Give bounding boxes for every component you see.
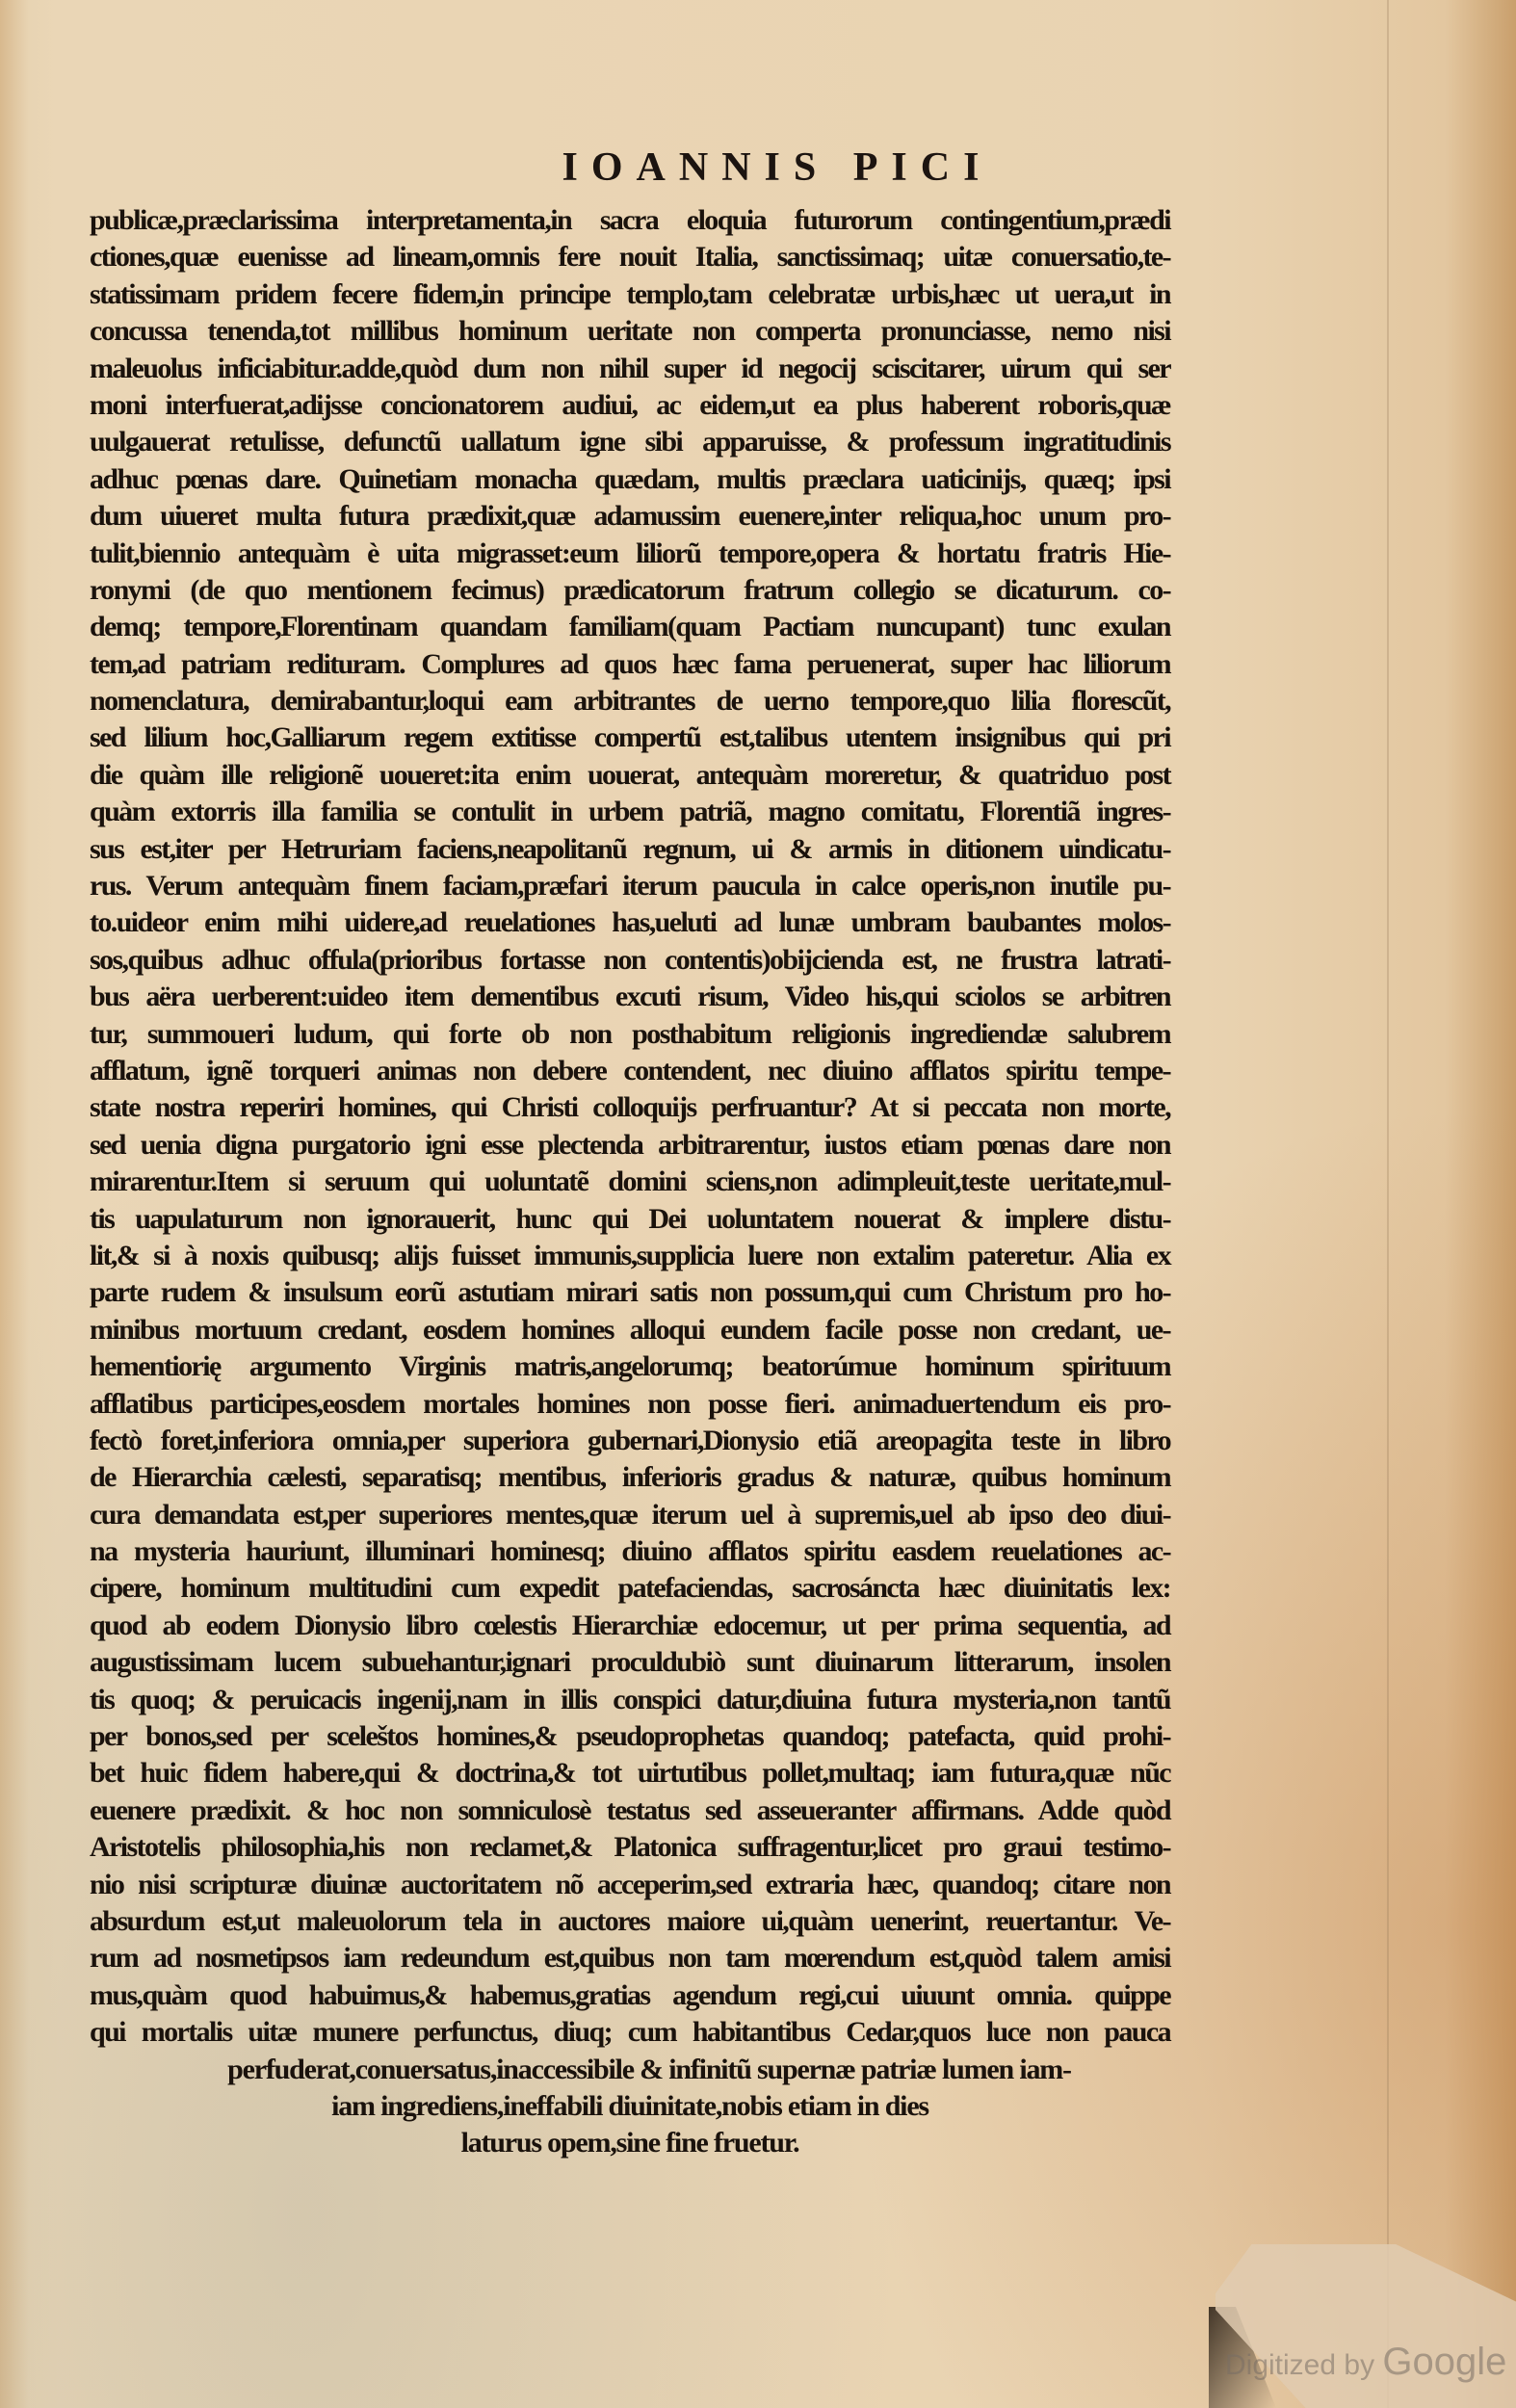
- text-line: maleuolus inficiabitur.adde,quòd dum non…: [90, 351, 1170, 387]
- text-line: afflatum, ignẽ torqueri animas non deber…: [90, 1053, 1170, 1089]
- running-head-text: IOANNIS PICI: [562, 144, 993, 191]
- text-line: na mysteria hauriunt, illuminari homines…: [90, 1533, 1170, 1570]
- text-line: cipere, hominum multitudini cum expedit …: [90, 1570, 1170, 1607]
- text-line: tem,ad patriam redituram. Complures ad q…: [90, 646, 1170, 683]
- closing-line: laturus opem,sine fine fruetur.: [418, 2125, 842, 2161]
- text-line: concussa tenenda,tot millibus hominum ue…: [90, 313, 1170, 350]
- digitized-watermark: Digitized by Google: [1225, 2341, 1506, 2384]
- text-line: afflatibus participes,eosdem mortales ho…: [90, 1386, 1170, 1423]
- text-line: hementiorię argumento Virginis matris,an…: [90, 1348, 1170, 1385]
- closing-line: iam ingrediens,ineffabili diuinitate,nob…: [298, 2088, 962, 2125]
- text-line: nomenclatura, demirabantur,loqui eam arb…: [90, 683, 1170, 720]
- body-text: publicæ,præclarissima interpretamenta,in…: [90, 202, 1170, 2162]
- text-line: adhuc pœnas dare. Quinetiam monacha quæd…: [90, 461, 1170, 498]
- text-line: tis quoq; & peruicacis ingenij,nam in il…: [90, 1682, 1170, 1718]
- text-line: per bonos,sed per sceleštos homines,& ps…: [90, 1718, 1170, 1755]
- book-page: IOANNIS PICI publicæ,præclarissima inter…: [0, 0, 1516, 2408]
- text-line: parte rudem & insulsum eorũ astutiam mir…: [90, 1274, 1170, 1311]
- watermark-brand: Google: [1382, 2341, 1506, 2383]
- text-line: dum uiueret multa futura prædixit,quæ ad…: [90, 498, 1170, 535]
- text-line: mirarentur.Item si seruum qui uoluntatẽ …: [90, 1164, 1170, 1200]
- text-line: sos,quibus adhuc offula(prioribus fortas…: [90, 942, 1170, 979]
- page-crease: [1387, 0, 1389, 2408]
- text-line: state nostra reperiri homines, qui Chris…: [90, 1089, 1170, 1126]
- text-line: rum ad nosmetipsos iam redeundum est,qui…: [90, 1940, 1170, 1976]
- text-line: augustissimam lucem subuehantur,ignari p…: [90, 1644, 1170, 1681]
- text-line: rus. Verum antequàm finem faciam,præfari…: [90, 868, 1170, 904]
- text-line: statissimam pridem fecere fidem,in princ…: [90, 276, 1170, 313]
- closing-line: perfuderat,conuersatus,inaccessibile & i…: [163, 2052, 1136, 2088]
- text-line: euenere prædixit. & hoc non somniculosè …: [90, 1793, 1170, 1829]
- text-line: ronymi (de quo mentionem fecimus) prædic…: [90, 572, 1170, 609]
- text-line: cura demandata est,per superiores mentes…: [90, 1497, 1170, 1533]
- text-line: qui mortalis uitæ munere perfunctus, diu…: [90, 2014, 1170, 2051]
- text-line: bus aëra uerberent:uideo item dementibus…: [90, 979, 1170, 1015]
- text-line: bet huic fidem habere,qui & doctrina,& t…: [90, 1755, 1170, 1792]
- text-line: quod ab eodem Dionysio libro cœlestis Hi…: [90, 1608, 1170, 1644]
- running-head: IOANNIS PICI: [0, 144, 1516, 191]
- text-line: sed lilium hoc,Galliarum regem extitisse…: [90, 720, 1170, 756]
- text-line: tis uapulaturum non ignorauerit, hunc qu…: [90, 1201, 1170, 1238]
- text-line: quàm extorris illa familia se contulit i…: [90, 794, 1170, 830]
- watermark-prefix: Digitized by: [1225, 2349, 1382, 2381]
- text-line: demq; tempore,Florentinam quandam famili…: [90, 609, 1170, 645]
- text-line: Aristotelis philosophia,his non reclamet…: [90, 1829, 1170, 1866]
- text-line: sed uenia digna purgatorio igni esse ple…: [90, 1127, 1170, 1164]
- text-line: lit,& si à noxis quibusq; alijs fuisset …: [90, 1238, 1170, 1274]
- text-line: de Hierarchia cælesti, separatisq; menti…: [90, 1459, 1170, 1496]
- text-line: to.uideor enim mihi uidere,ad reuelation…: [90, 904, 1170, 941]
- text-line: tur, summoueri ludum, qui forte ob non p…: [90, 1016, 1170, 1053]
- text-line: sus est,iter per Hetruriam faciens,neapo…: [90, 831, 1170, 868]
- text-line: mus,quàm quod habuimus,& habemus,gratias…: [90, 1977, 1170, 2014]
- text-line: ctiones,quæ euenisse ad lineam,omnis fer…: [90, 239, 1170, 275]
- text-line: uulgauerat retulisse, defunctũ uallatum …: [90, 424, 1170, 460]
- text-line: moni interfuerat,adijsse concionatorem a…: [90, 387, 1170, 424]
- text-line: publicæ,præclarissima interpretamenta,in…: [90, 202, 1170, 239]
- text-line: fectò foret,inferiora omnia,per superior…: [90, 1423, 1170, 1459]
- text-line: die quàm ille religionẽ uoueret:ita enim…: [90, 757, 1170, 794]
- text-line: minibus mortuum credant, eosdem homines …: [90, 1312, 1170, 1348]
- text-line: tulit,biennio antequàm è uita migrasset:…: [90, 536, 1170, 572]
- text-line: nio nisi scripturæ diuinæ auctoritatem n…: [90, 1867, 1170, 1903]
- text-line: absurdum est,ut maleuolorum tela in auct…: [90, 1903, 1170, 1940]
